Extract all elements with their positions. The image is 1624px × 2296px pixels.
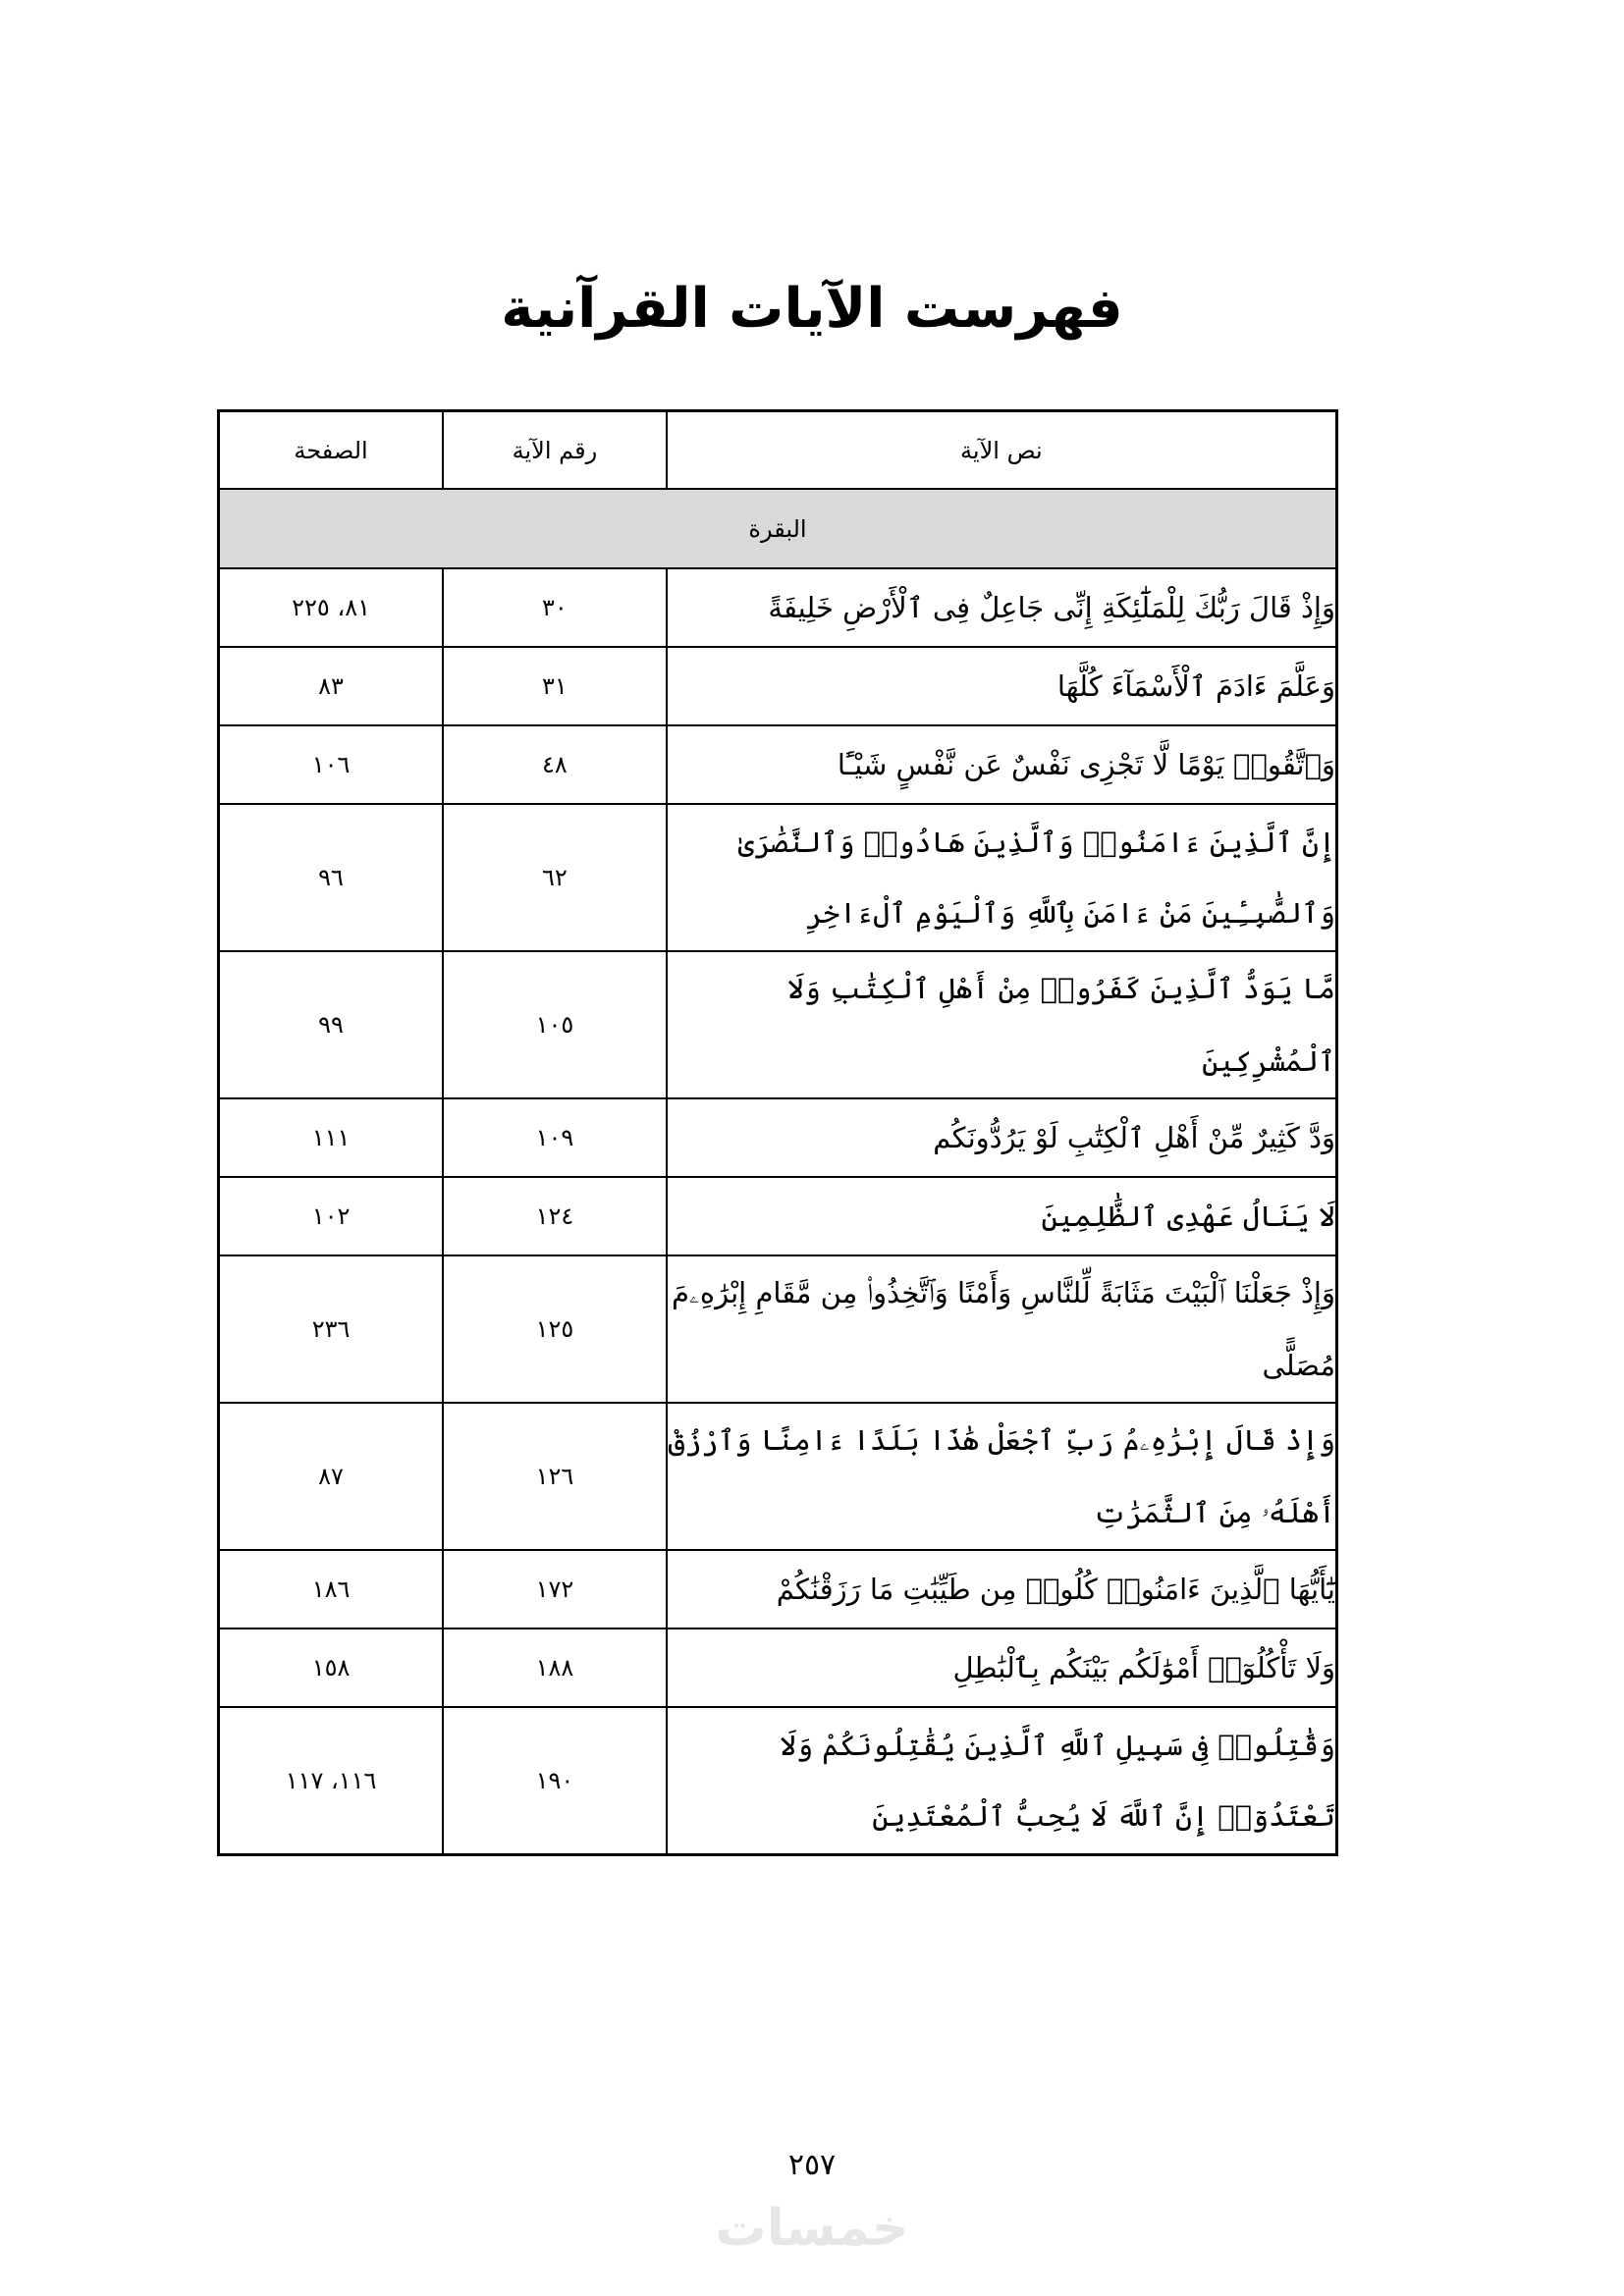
table-row: وَإِذْ قَالَ رَبُّكَ لِلْمَلَٰٓئِكَةِ إِ… xyxy=(219,568,1337,647)
verse-text: مَّا يَوَدُّ ٱلَّذِينَ كَفَرُوا۟ مِنْ أَ… xyxy=(667,951,1337,1098)
table-row: وَإِذْ قَالَ إِبْرَٰهِۦمُ رَبِّ ٱجْعَلْ … xyxy=(219,1403,1337,1550)
verse-number: ١٢٤ xyxy=(443,1177,667,1255)
page-title: فهرست الآيات القرآنية xyxy=(0,277,1624,341)
verse-text: وَدَّ كَثِيرٌ مِّنْ أَهْلِ ٱلْكِتَٰبِ لَ… xyxy=(667,1098,1337,1177)
verse-number: ١٢٥ xyxy=(443,1255,667,1403)
verse-number: ١٨٨ xyxy=(443,1629,667,1707)
verse-text: وَإِذْ قَالَ إِبْرَٰهِۦمُ رَبِّ ٱجْعَلْ … xyxy=(667,1403,1337,1550)
table-row: وَدَّ كَثِيرٌ مِّنْ أَهْلِ ٱلْكِتَٰبِ لَ… xyxy=(219,1098,1337,1177)
verse-text: وَٱتَّقُوا۟ يَوْمًا لَّا تَجْزِى نَفْسٌ … xyxy=(667,725,1337,804)
page-ref: ٩٦ xyxy=(219,804,444,951)
page-ref: ٨٣ xyxy=(219,647,444,725)
table-row: وَلَا تَأْكُلُوٓا۟ أَمْوَٰلَكُم بَيْنَكُ… xyxy=(219,1629,1337,1707)
page-ref: ٩٩ xyxy=(219,951,444,1098)
verse-number: ١٠٩ xyxy=(443,1098,667,1177)
verse-number: ١٧٢ xyxy=(443,1550,667,1629)
verse-text: يَٰٓأَيُّهَا ٱلَّذِينَ ءَامَنُوا۟ كُلُوا… xyxy=(667,1550,1337,1629)
page-ref: ٨١، ٢٢٥ xyxy=(219,568,444,647)
verse-number: ٣٠ xyxy=(443,568,667,647)
verse-number: ١٩٠ xyxy=(443,1707,667,1854)
table-row: يَٰٓأَيُّهَا ٱلَّذِينَ ءَامَنُوا۟ كُلُوا… xyxy=(219,1550,1337,1629)
table-row: لَا يَنَالُ عَهْدِى ٱلظَّٰلِمِينَ ١٢٤ ١٠… xyxy=(219,1177,1337,1255)
verse-text: وَقَٰتِلُوا۟ فِى سَبِيلِ ٱللَّهِ ٱلَّذِي… xyxy=(667,1707,1337,1854)
verse-number: ٣١ xyxy=(443,647,667,725)
header-verse-text: نص الآية xyxy=(667,411,1337,490)
page-ref: ١١٦، ١١٧ xyxy=(219,1707,444,1854)
page-ref: ١١١ xyxy=(219,1098,444,1177)
verse-text: وَإِذْ جَعَلْنَا ٱلْبَيْتَ مَثَابَةً لِّ… xyxy=(667,1255,1337,1403)
table-row: مَّا يَوَدُّ ٱلَّذِينَ كَفَرُوا۟ مِنْ أَ… xyxy=(219,951,1337,1098)
surah-name: البقرة xyxy=(219,489,1337,568)
table-row: وَٱتَّقُوا۟ يَوْمًا لَّا تَجْزِى نَفْسٌ … xyxy=(219,725,1337,804)
table-row: وَإِذْ جَعَلْنَا ٱلْبَيْتَ مَثَابَةً لِّ… xyxy=(219,1255,1337,1403)
verse-text: إِنَّ ٱلَّذِينَ ءَامَنُوا۟ وَٱلَّذِينَ ه… xyxy=(667,804,1337,951)
table-header-row: نص الآية رقم الآية الصفحة xyxy=(219,411,1337,490)
verse-index-table: نص الآية رقم الآية الصفحة البقرة وَإِذْ … xyxy=(217,409,1338,1856)
table-row: وَعَلَّمَ ءَادَمَ ٱلْأَسْمَآءَ كُلَّهَا … xyxy=(219,647,1337,725)
page-ref: ١٠٦ xyxy=(219,725,444,804)
verse-text: وَعَلَّمَ ءَادَمَ ٱلْأَسْمَآءَ كُلَّهَا xyxy=(667,647,1337,725)
watermark-logo: خمسات xyxy=(0,2199,1624,2258)
table-row: إِنَّ ٱلَّذِينَ ءَامَنُوا۟ وَٱلَّذِينَ ه… xyxy=(219,804,1337,951)
verse-number: ٤٨ xyxy=(443,725,667,804)
verse-number: ٦٢ xyxy=(443,804,667,951)
table-row: وَقَٰتِلُوا۟ فِى سَبِيلِ ٱللَّهِ ٱلَّذِي… xyxy=(219,1707,1337,1854)
verse-text: وَإِذْ قَالَ رَبُّكَ لِلْمَلَٰٓئِكَةِ إِ… xyxy=(667,568,1337,647)
page-ref: ١٨٦ xyxy=(219,1550,444,1629)
verse-number: ١٠٥ xyxy=(443,951,667,1098)
verse-text: لَا يَنَالُ عَهْدِى ٱلظَّٰلِمِينَ xyxy=(667,1177,1337,1255)
page-ref: ١٥٨ xyxy=(219,1629,444,1707)
page-ref: ٢٣٦ xyxy=(219,1255,444,1403)
page-ref: ١٠٢ xyxy=(219,1177,444,1255)
verse-text: وَلَا تَأْكُلُوٓا۟ أَمْوَٰلَكُم بَيْنَكُ… xyxy=(667,1629,1337,1707)
surah-row: البقرة xyxy=(219,489,1337,568)
header-page: الصفحة xyxy=(219,411,444,490)
header-verse-number: رقم الآية xyxy=(443,411,667,490)
verse-number: ١٢٦ xyxy=(443,1403,667,1550)
page-ref: ٨٧ xyxy=(219,1403,444,1550)
page-number: ٢٥٧ xyxy=(0,2148,1624,2182)
